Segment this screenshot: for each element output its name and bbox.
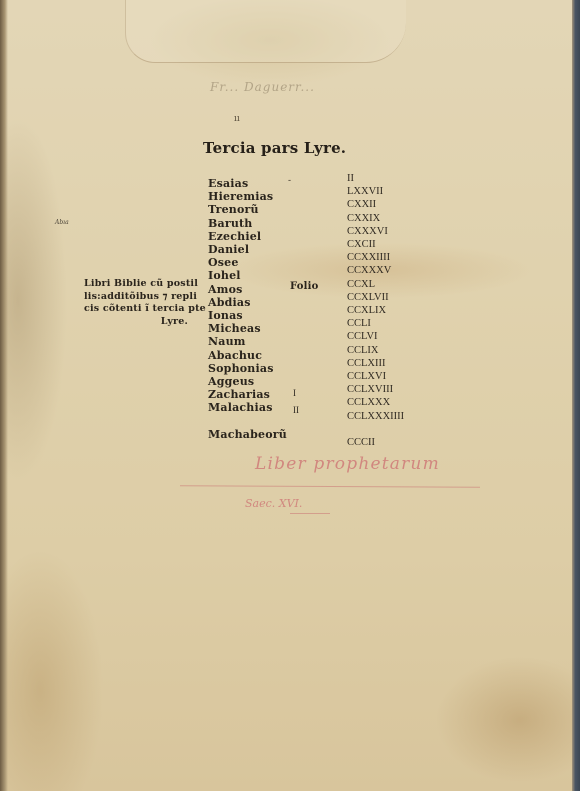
folio-number: CCLXIII [347,357,404,370]
folio-number: CCXLVII [347,291,404,304]
folio-number: CXXIX [347,212,404,225]
margin-annotation: Abıa [55,219,69,226]
folio-number: CXCII [347,238,404,251]
water-stain [125,0,406,63]
faded-inscription: Fr... Daguerr... [210,80,315,94]
top-mark: ıı [234,114,240,124]
book-entry: Osee [208,256,287,269]
book-entry: Naum [208,335,287,348]
side-note: Libri Biblie cũ postil lis:additõibus ⁊ … [84,278,196,328]
book-list: Esaias Hieremias Trenorũ Baruth Ezechiel… [208,177,287,441]
book-entry: Zacharias [208,388,287,401]
book-entry: Baruth [208,217,287,230]
folio-number: CCLIX [347,344,404,357]
scan-background-edge [572,0,580,791]
book-entry: Micheas [208,322,287,335]
folio-number: CCLXVI [347,370,404,383]
scanned-page: Fr... Daguerr... ıı Tercia pars Lyre. Ab… [0,0,572,791]
book-entry: Hieremias [208,190,287,203]
folio-number: CCLXVIII [347,383,404,396]
book-entry: Daniel [208,243,287,256]
book-entry: Ionas [208,309,287,322]
book-entry: Iohel [208,269,287,282]
folio-list: II LXXVII CXXII CXXIX CXXXVI CXCII CCXXI… [347,172,404,449]
folio-number: CCLXXXIIII [347,410,404,423]
manuscript-title-note: Liber prophetarum [255,454,440,474]
book-entry: Trenorũ [208,203,287,216]
folio-number: CCLVI [347,330,404,343]
folio-number: CCXXIIII [347,251,404,264]
binding-edge-left [0,0,8,791]
manuscript-date-underline [290,513,330,514]
folio-number: CCCII [347,436,404,449]
page-title: Tercia pars Lyre. [203,139,346,157]
folio-number: CXXXVI [347,225,404,238]
book-entry: Esaias [208,177,287,190]
folio-number: CCXL [347,278,404,291]
folio-number: LXXVII [347,185,404,198]
side-note-line: lis:additõibus ⁊ repli [84,291,196,304]
machabees-part-1: I [293,388,296,398]
dash-mark: - [288,176,291,186]
manuscript-rule [180,485,480,488]
book-entry: Amos [208,283,287,296]
machabees-part-2: II [293,405,299,415]
book-entry: Abdias [208,296,287,309]
side-note-line: cis cõtenti ĩ tercia pte [84,303,196,316]
folio-number: CCXXXV [347,264,404,277]
manuscript-date-note: Saec. XVI. [245,497,302,510]
side-note-line: Libri Biblie cũ postil [84,278,196,291]
book-entry: Abachuc [208,349,287,362]
book-entry: Machabeorũ [208,428,287,441]
folio-number: II [347,172,404,185]
book-entry: Ezechiel [208,230,287,243]
book-entry: Aggeus [208,375,287,388]
side-note-line: Lyre. [84,316,196,329]
book-entry: Malachias [208,401,287,414]
folio-number: CCXLIX [347,304,404,317]
folio-number: CCLI [347,317,404,330]
folio-label: Folio [290,281,319,292]
book-entry: Sophonias [208,362,287,375]
folio-number: CCLXXX [347,396,404,409]
folio-number: CXXII [347,198,404,211]
